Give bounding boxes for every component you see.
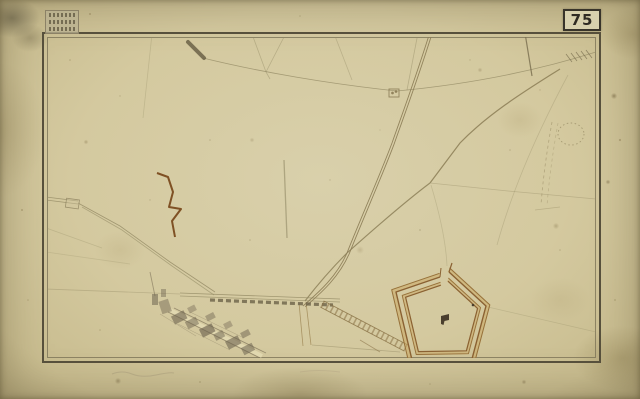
map-artwork [0,0,640,399]
brown-zigzag-mark [157,173,181,237]
sheet-number: 75 [571,13,594,28]
stamp-text-row [49,13,75,17]
neatline-border [43,33,600,362]
map-sheet: 75 [0,0,640,399]
sheet-number-plate: 75 [563,9,601,31]
collection-stamp [45,10,79,34]
village-buildings [150,272,266,358]
fort-blockhouse [441,314,449,325]
margin-scribble [112,371,340,377]
hatched-causeway [320,301,407,352]
field-road-network [46,33,596,352]
stamp-text-row [49,27,75,31]
pencil-stroke [284,160,287,238]
dotted-pond [535,122,584,210]
pentagonal-fort [392,263,490,364]
stamp-text-row [49,20,75,24]
main-diagonal-road [303,32,432,307]
